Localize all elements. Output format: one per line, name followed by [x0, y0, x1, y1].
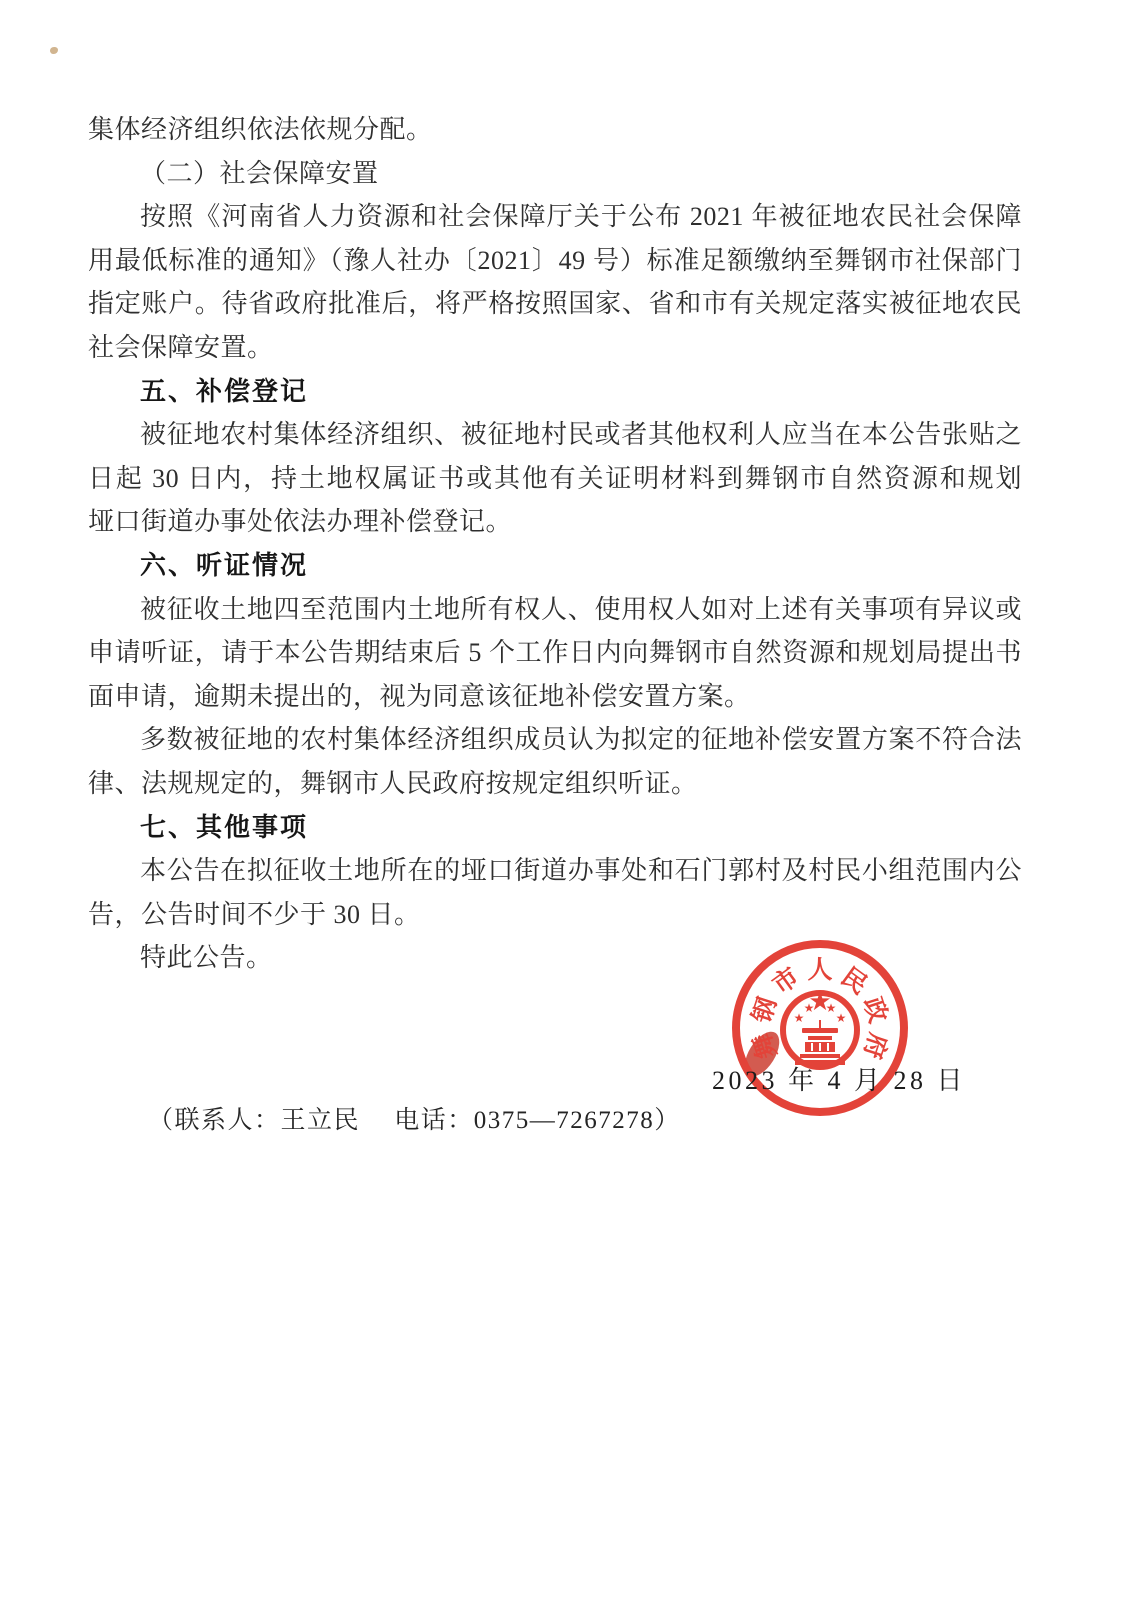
document-line: 本公告在拟征收土地所在的垭口街道办事处和石门郭村及村民小组范围内公: [88, 849, 1022, 893]
seal-character: 政: [858, 994, 892, 1026]
seal-character: 市: [768, 962, 805, 999]
document-line: 指定账户。待省政府批准后，将严格按照国家、省和市有关规定落实被征地农民: [88, 282, 1022, 326]
document-line: 集体经济组织依法依规分配。: [88, 108, 1022, 152]
document-line: 多数被征地的农村集体经济组织成员认为拟定的征地补偿安置方案不符合法: [88, 718, 1022, 762]
emblem-small-star-icon: ★: [804, 1001, 815, 1015]
document-line: （二）社会保障安置: [88, 152, 1022, 196]
seal-character: 人: [807, 956, 832, 984]
emblem-gate-icon: [795, 1020, 845, 1065]
seal-character: 钢: [747, 994, 782, 1027]
section-heading: 七、其他事项: [88, 806, 1022, 850]
contact-info: （联系人：王立民 电话：0375—7267278）: [148, 1100, 681, 1136]
document-line: 申请听证，请于本公告期结束后 5 个工作日内向舞钢市自然资源和规划局提出书: [88, 631, 1022, 675]
document-line: 律、法规规定的，舞钢市人民政府按规定组织听证。: [88, 762, 1022, 806]
issue-date: 2023 年 4 月 28 日: [712, 1060, 966, 1097]
document-line: 面申请，逾期未提出的，视为同意该征地补偿安置方案。: [88, 675, 1022, 719]
scan-artifact-speck: [50, 47, 58, 54]
seal-character: 府: [858, 1030, 893, 1063]
scanned-document-page: 集体经济组织依法依规分配。（二）社会保障安置按照《河南省人力资源和社会保障厅关于…: [0, 0, 1136, 1600]
seal-character: 民: [836, 962, 873, 999]
document-line: 社会保障安置。: [88, 326, 1022, 370]
document-line: 用最低标准的通知》（豫人社办〔2021〕49 号）标准足额缴纳至舞钢市社保部门: [88, 239, 1022, 283]
document-body: 集体经济组织依法依规分配。（二）社会保障安置按照《河南省人力资源和社会保障厅关于…: [88, 108, 1022, 980]
section-heading: 五、补偿登记: [88, 370, 1022, 414]
document-line: 垭口街道办事处依法办理补偿登记。: [88, 500, 1022, 544]
emblem-small-star-icon: ★: [836, 1011, 847, 1025]
document-line: 日起 30 日内，持土地权属证书或其他有关证明材料到舞钢市自然资源和规划局、: [88, 457, 1022, 501]
document-line: 被征收土地四至范围内土地所有权人、使用权人如对上述有关事项有异议或: [88, 588, 1022, 632]
document-line: 按照《河南省人力资源和社会保障厅关于公布 2021 年被征地农民社会保障费: [88, 195, 1022, 239]
document-line: 被征地农村集体经济组织、被征地村民或者其他权利人应当在本公告张贴之: [88, 413, 1022, 457]
document-line: 告，公告时间不少于 30 日。: [88, 893, 1022, 937]
section-heading: 六、听证情况: [88, 544, 1022, 588]
